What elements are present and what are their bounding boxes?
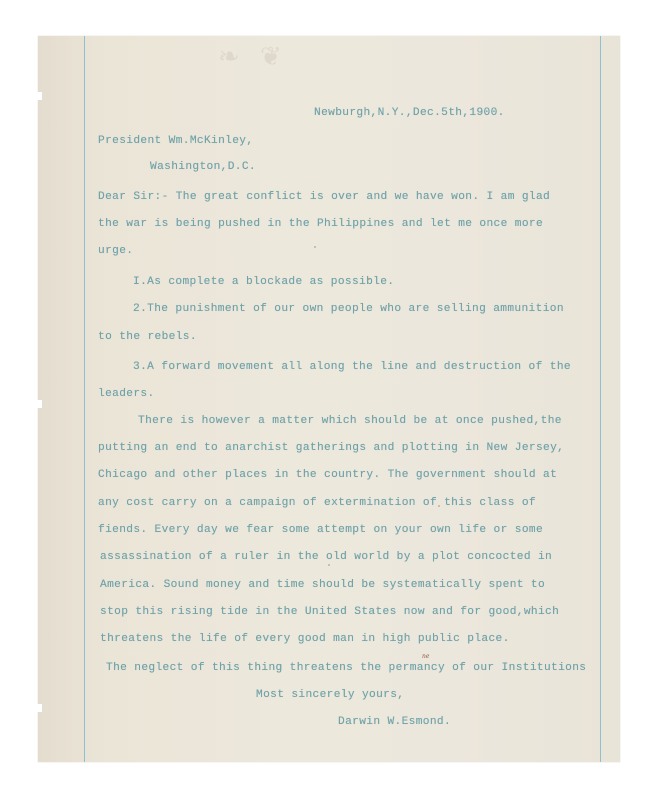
addressee-name: President Wm.McKinley, [98,135,253,147]
body-line: leaders. [98,388,155,400]
paper-notch [36,92,42,100]
paper-spot [328,564,330,566]
body-line: any cost carry on a campaign of extermin… [98,497,536,509]
body-line: America. Sound money and time should be … [100,579,545,591]
body-line: threatens the life of every good man in … [100,633,510,645]
paper-notch [36,400,42,408]
letterhead-watermark: ❧ ❦ [218,42,458,82]
list-item-3: 3.A forward movement all along the line … [133,361,571,373]
paper-notch [36,704,42,712]
closing: Most sincerely yours, [256,689,404,701]
body-line: The neglect of this thing threatens the … [106,662,586,674]
addressee-city: Washington,D.C. [150,161,256,173]
body-line: the war is being pushed in the Philippin… [98,218,543,230]
body-line: putting an end to anarchist gatherings a… [98,442,564,454]
body-line: There is however a matter which should b… [138,415,562,427]
left-margin-rule [84,36,85,762]
body-line: urge. [98,245,133,257]
paper-spot [438,505,440,507]
salutation-line: Dear Sir:- The great conflict is over an… [98,191,550,203]
paper-spot [368,278,370,280]
paper-spot [314,246,316,248]
body-line: Chicago and other places in the country.… [98,469,557,481]
dateline: Newburgh,N.Y.,Dec.5th,1900. [314,107,505,119]
letter-page: ❧ ❦ Newburgh,N.Y.,Dec.5th,1900. Presiden… [38,36,620,762]
list-item-1: I.As complete a blockade as possible. [133,276,394,288]
body-line: assassination of a ruler in the old worl… [100,551,552,563]
right-margin-rule [600,36,601,762]
signature: Darwin W.Esmond. [338,716,451,728]
body-line: to the rebels. [98,331,197,343]
handwritten-correction: ne [422,653,429,660]
body-line: stop this rising tide in the United Stat… [100,606,559,618]
list-item-2: 2.The punishment of our own people who a… [133,303,564,315]
body-line: fiends. Every day we fear some attempt o… [98,524,543,536]
